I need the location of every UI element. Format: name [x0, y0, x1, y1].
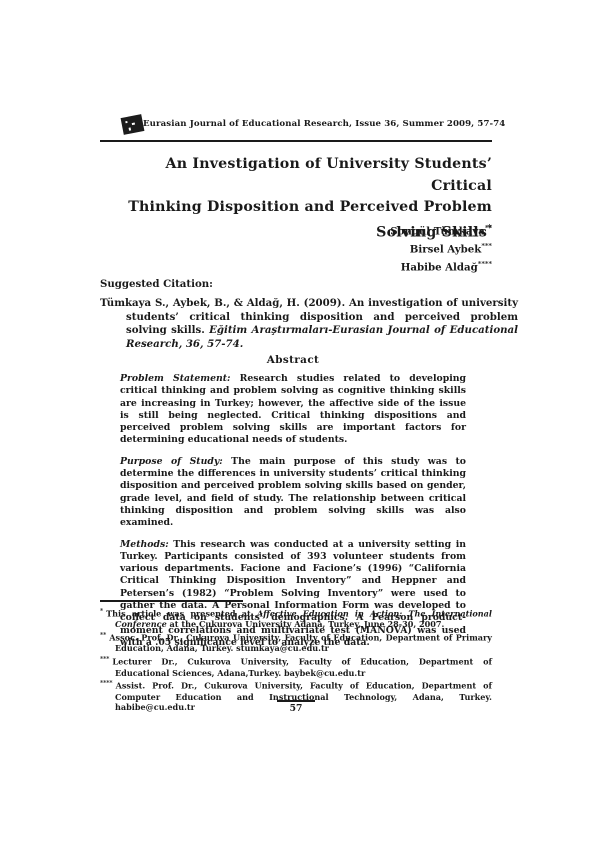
abstract-paragraph-problem-statement: Problem Statement: Research studies rela… [120, 373, 466, 447]
citation-paragraph: Tümkaya S., Aybek, B., & Aldağ, H. (2009… [100, 297, 518, 351]
footnote-rule [100, 600, 243, 602]
footnote-text: Assoc. Prof. Dr., Cukurova University, F… [109, 633, 492, 654]
footnote-mark: ** [100, 632, 109, 639]
paragraph-lead: Purpose of Study: [120, 456, 223, 467]
title-line-1: An Investigation of University Students’… [100, 154, 492, 197]
author-line: Habibe Aldağ**** [100, 257, 492, 275]
paragraph-lead: Methods: [120, 539, 169, 550]
author-footnote-mark: **** [478, 260, 492, 268]
page-number: 57 [277, 700, 316, 715]
journal-page: Eurasian Journal of Educational Research… [0, 0, 595, 842]
logo-speck [125, 120, 127, 122]
logo-speck [132, 122, 135, 125]
paragraph-lead: Problem Statement: [120, 373, 230, 384]
suggested-citation-label: Suggested Citation: [100, 278, 213, 290]
header-rule [100, 140, 492, 142]
journal-header-text: Eurasian Journal of Educational Research… [143, 119, 505, 130]
footnote-conference: *This article was presented at Affective… [100, 607, 492, 630]
footnotes-block: *This article was presented at Affective… [100, 607, 492, 714]
journal-logo-icon [121, 114, 145, 135]
footnote-author-1: **Assoc. Prof. Dr., Cukurova University,… [100, 631, 492, 654]
footnote-text: Lecturer Dr., Cukurova University, Facul… [112, 657, 492, 678]
authors-block: Songül Tümkaya** Birsel Aybek*** Habibe … [100, 221, 492, 275]
page-header: Eurasian Journal of Educational Research… [100, 110, 492, 138]
logo-speck [129, 127, 132, 130]
title-line-2: Thinking Disposition and Perceived Probl… [100, 197, 492, 219]
footnote-text: This article was presented at [106, 609, 257, 619]
author-line: Songül Tümkaya** [100, 221, 492, 239]
author-name: Birsel Aybek [410, 243, 482, 255]
abstract-paragraph-purpose-of-study: Purpose of Study: The main purpose of th… [120, 456, 466, 530]
footnote-author-2: ***Lecturer Dr., Cukurova University, Fa… [100, 655, 492, 678]
page-number-footer: 57 [100, 700, 492, 715]
author-name: Songül Tümkaya [390, 225, 485, 237]
footnote-text: at the Çukurova University Adana, Turkey… [167, 619, 445, 629]
footnote-mark: *** [100, 656, 112, 663]
author-name: Habibe Aldağ [401, 261, 478, 273]
footnote-mark: **** [100, 680, 116, 687]
author-footnote-mark: *** [481, 242, 492, 250]
abstract-heading: Abstract [120, 354, 466, 366]
author-footnote-mark: ** [485, 224, 492, 232]
author-line: Birsel Aybek*** [100, 239, 492, 257]
